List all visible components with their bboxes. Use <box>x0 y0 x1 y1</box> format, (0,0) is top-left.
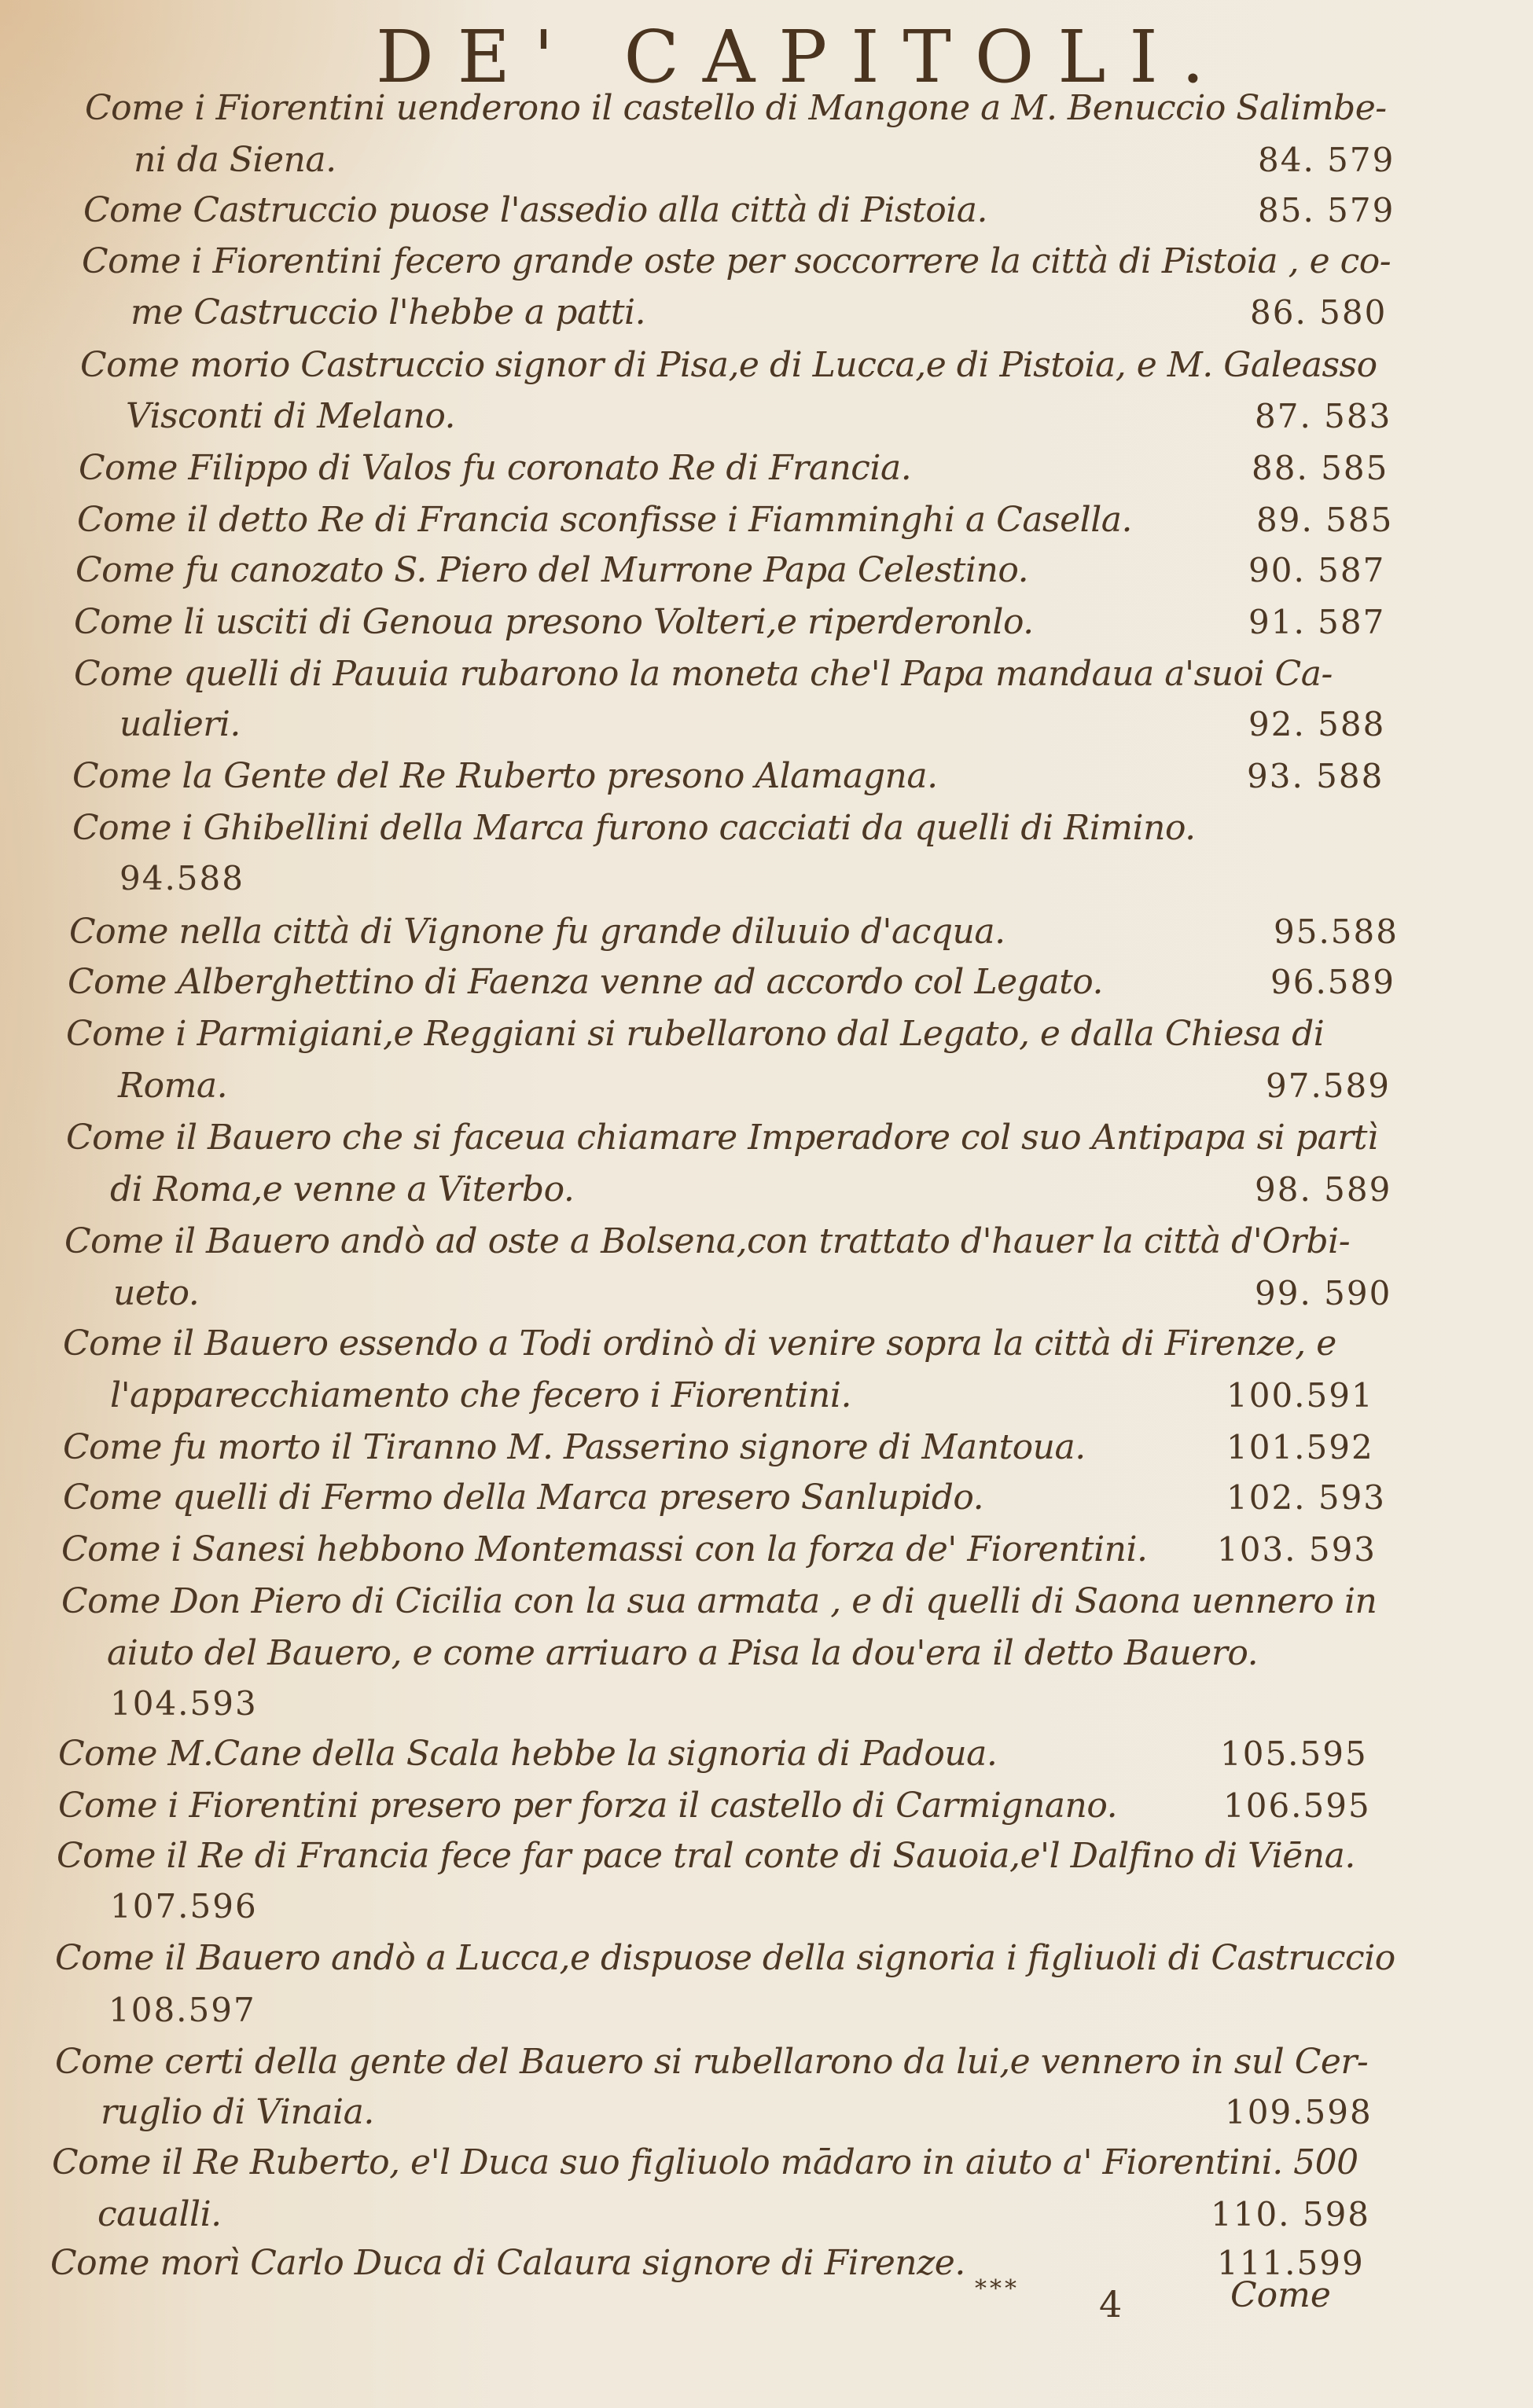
toc-entry-85-line-1: Come Castruccio puose l'assedio alla cit… <box>83 189 987 233</box>
toc-entry-87-line-1: Come morio Castruccio signor di Pisa,e d… <box>80 343 1377 387</box>
toc-ref-106: 106.595 <box>1223 1784 1371 1828</box>
toc-ref-85: 85. 579 <box>1258 189 1395 233</box>
toc-entry-90-line-1: Come fu canozato S. Piero del Murrone Pa… <box>75 549 1028 593</box>
toc-entry-110-line-2: caualli. <box>97 2193 222 2237</box>
toc-entry-111-line-1: Come morì Carlo Duca di Calaura signore … <box>50 2241 965 2285</box>
toc-ref-107: 107.596 <box>110 1885 258 1929</box>
toc-ref-93: 93. 588 <box>1247 754 1384 798</box>
book-page: DE' CAPITOLI. Come i Fiorentini uenderon… <box>0 0 1533 2408</box>
toc-entry-89-line-1: Come il detto Re di Francia sconfisse i … <box>77 498 1132 542</box>
toc-ref-97: 97.589 <box>1266 1064 1391 1108</box>
toc-ref-91: 91. 587 <box>1248 600 1385 644</box>
toc-ref-84: 84. 579 <box>1258 138 1395 182</box>
table-of-contents: Come i Fiorentini uenderono il castello … <box>0 0 1533 2408</box>
toc-entry-100-line-2: l'apparecchiamento che fecero i Fiorenti… <box>110 1374 851 1418</box>
toc-entry-99-line-1: Come il Bauero andò ad oste a Bolsena,co… <box>64 1220 1350 1264</box>
toc-entry-109-line-1: Come certi della gente del Bauero si rub… <box>55 2040 1368 2084</box>
signature-number: 4 <box>1099 2283 1122 2325</box>
toc-entry-92-line-2: ualieri. <box>119 703 241 747</box>
toc-entry-101-line-1: Come fu morto il Tiranno M. Passerino si… <box>63 1426 1086 1470</box>
toc-entry-107-line-1: Come il Re di Francia fece far pace tral… <box>57 1834 1355 1878</box>
toc-entry-105-line-1: Come M.Cane della Scala hebbe la signori… <box>58 1732 997 1776</box>
catchword: Come <box>1230 2275 1331 2315</box>
toc-ref-108: 108.597 <box>108 1988 256 2032</box>
toc-entry-103-line-1: Come i Sanesi hebbono Montemassi con la … <box>61 1528 1148 1572</box>
toc-ref-95: 95.588 <box>1274 910 1399 954</box>
toc-entry-88-line-1: Come Filippo di Valos fu coronato Re di … <box>79 446 911 490</box>
toc-ref-90: 90. 587 <box>1248 549 1385 593</box>
toc-ref-86: 86. 580 <box>1250 291 1387 335</box>
toc-ref-101: 101.592 <box>1226 1426 1374 1470</box>
toc-entry-97-line-1: Come i Parmigiani,e Reggiani si rubellar… <box>66 1012 1324 1056</box>
toc-entry-94-line-1: Come i Ghibellini della Marca furono cac… <box>72 806 1196 850</box>
toc-entry-92-line-1: Come quelli di Pauuia rubarono la moneta… <box>74 652 1333 696</box>
toc-entry-93-line-1: Come la Gente del Re Ruberto presono Ala… <box>72 754 938 798</box>
toc-ref-94: 94.588 <box>119 857 244 901</box>
toc-entry-98-line-1: Come il Bauero che si faceua chiamare Im… <box>66 1116 1378 1160</box>
toc-entry-99-line-2: ueto. <box>113 1272 199 1316</box>
toc-ref-96: 96.589 <box>1270 960 1395 1004</box>
toc-ref-102: 102. 593 <box>1226 1476 1386 1520</box>
toc-ref-99: 99. 590 <box>1255 1272 1391 1316</box>
toc-ref-105: 105.595 <box>1220 1732 1368 1776</box>
toc-entry-98-line-2: di Roma,e venne a Viterbo. <box>110 1168 574 1212</box>
toc-ref-92: 92. 588 <box>1248 703 1385 747</box>
toc-ref-103: 103. 593 <box>1217 1528 1377 1572</box>
toc-ref-100: 100.591 <box>1226 1374 1374 1418</box>
toc-ref-87: 87. 583 <box>1255 395 1391 439</box>
toc-entry-86-line-1: Come i Fiorentini fecero grande oste per… <box>82 240 1391 284</box>
signature-mark: *** <box>975 2275 1020 2303</box>
toc-entry-84-line-2: ni da Siena. <box>134 138 336 182</box>
toc-entry-86-line-2: me Castruccio l'hebbe a patti. <box>131 291 645 335</box>
toc-entry-104-line-2: aiuto del Bauero, e come arriuaro a Pisa… <box>107 1632 1258 1676</box>
toc-entry-87-line-2: Visconti di Melano. <box>126 395 455 439</box>
toc-entry-97-line-2: Roma. <box>118 1064 227 1108</box>
toc-entry-102-line-1: Come quelli di Fermo della Marca presero… <box>63 1476 983 1520</box>
toc-entry-95-line-1: Come nella città di Vignone fu grande di… <box>69 910 1005 954</box>
toc-entry-96-line-1: Come Alberghettino di Faenza venne ad ac… <box>68 960 1103 1004</box>
toc-entry-108-line-1: Come il Bauero andò a Lucca,e dispuose d… <box>55 1936 1395 1980</box>
toc-entry-106-line-1: Come i Fiorentini presero per forza il c… <box>58 1784 1117 1828</box>
toc-ref-88: 88. 585 <box>1252 446 1388 490</box>
toc-ref-104: 104.593 <box>110 1682 258 1726</box>
toc-ref-89: 89. 585 <box>1256 498 1393 542</box>
toc-entry-104-line-1: Come Don Piero di Cicilia con la sua arm… <box>61 1580 1377 1624</box>
toc-entry-84-line-1: Come i Fiorentini uenderono il castello … <box>85 86 1387 130</box>
toc-ref-110: 110. 598 <box>1211 2193 1370 2237</box>
toc-ref-98: 98. 589 <box>1255 1168 1391 1212</box>
toc-entry-91-line-1: Come li usciti di Genoua presono Volteri… <box>74 600 1034 644</box>
toc-entry-109-line-2: ruglio di Vinaia. <box>101 2090 374 2135</box>
toc-entry-100-line-1: Come il Bauero essendo a Todi ordinò di … <box>63 1322 1336 1366</box>
toc-ref-109: 109.598 <box>1225 2090 1373 2135</box>
toc-entry-110-line-1: Come il Re Ruberto, e'l Duca suo figliuo… <box>52 2141 1358 2185</box>
